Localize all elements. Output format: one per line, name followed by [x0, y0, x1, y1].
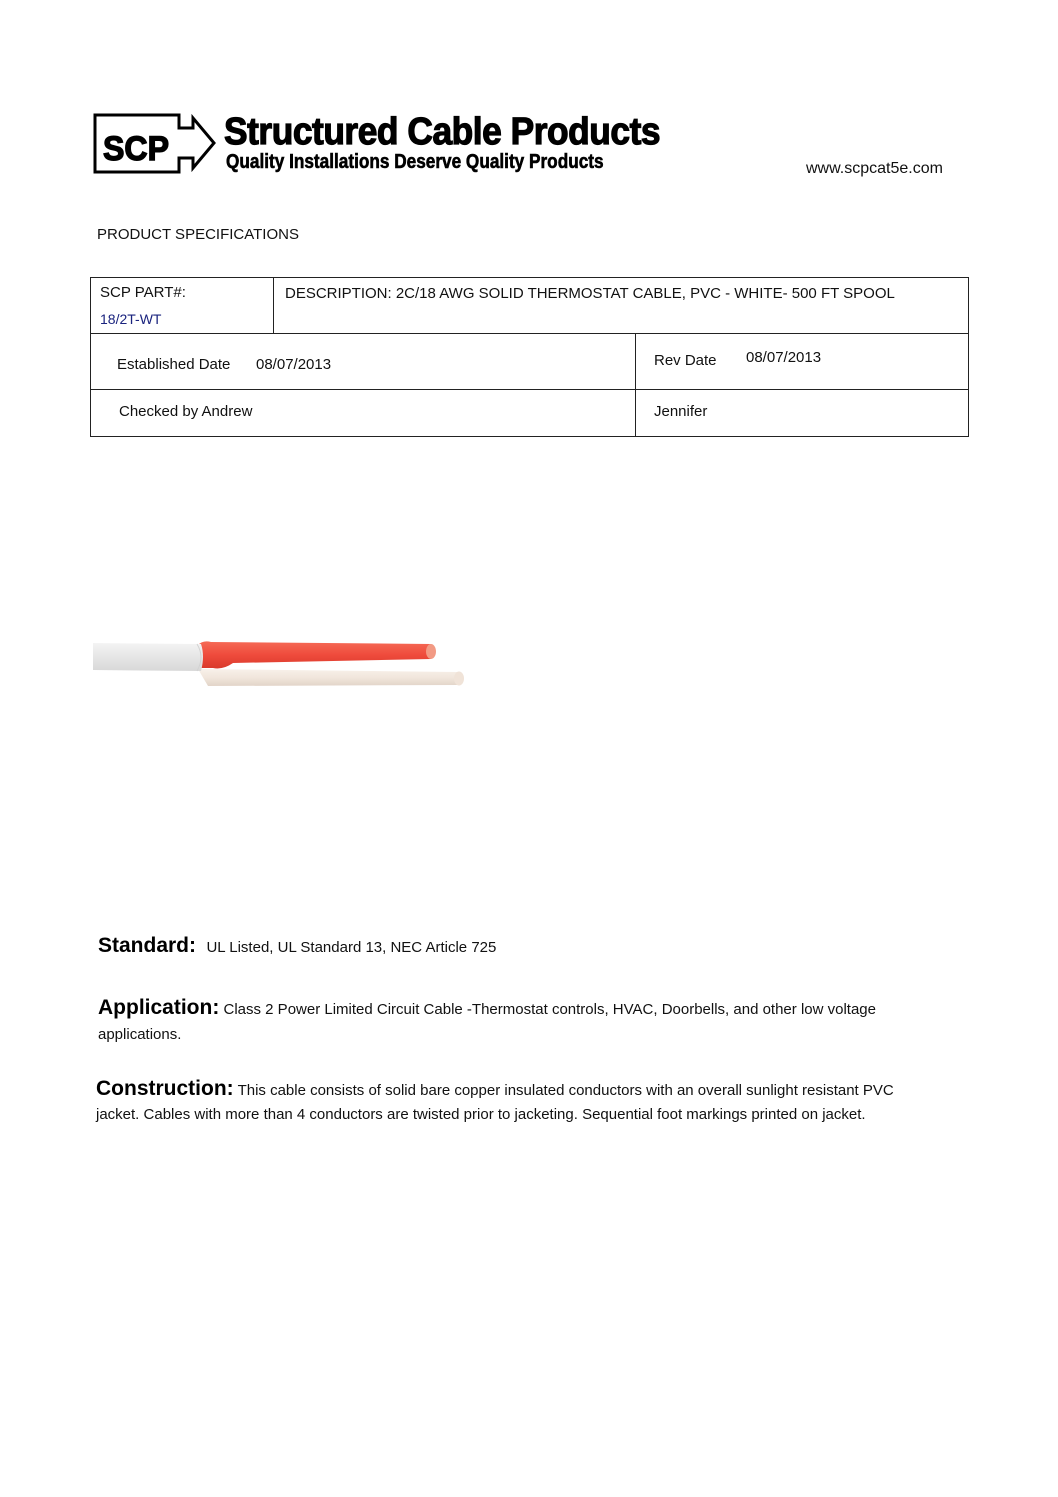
- table-row-part: SCP PART#: 18/2T-WT DESCRIPTION: 2C/18 A…: [91, 278, 968, 334]
- checked-by: Checked by Andrew: [119, 403, 252, 420]
- standard-heading: Standard:: [98, 934, 196, 957]
- website-link[interactable]: www.scpcat5e.com: [806, 160, 943, 178]
- svg-text:SCP: SCP: [103, 130, 169, 168]
- section-title: PRODUCT SPECIFICATIONS: [97, 226, 299, 243]
- divider: [273, 278, 274, 333]
- company-logo: SCP Structured Cable Products Quality In…: [93, 112, 673, 178]
- standard-body: UL Listed, UL Standard 13, NEC Article 7…: [206, 939, 496, 956]
- cable-product-image: [93, 590, 553, 740]
- construction-heading: Construction:: [96, 1077, 234, 1100]
- brand-name: Structured Cable Products: [224, 110, 660, 154]
- description: DESCRIPTION: 2C/18 AWG SOLID THERMOSTAT …: [285, 285, 895, 302]
- part-number: 18/2T-WT: [100, 311, 161, 327]
- divider: [635, 390, 636, 436]
- application-heading: Application:: [98, 996, 219, 1019]
- divider: [635, 334, 636, 389]
- approver: Jennifer: [654, 403, 707, 420]
- spec-standard: Standard: UL Listed, UL Standard 13, NEC…: [98, 934, 918, 960]
- established-date-label: Established Date: [117, 356, 230, 373]
- brand-tagline: Quality Installations Deserve Quality Pr…: [226, 150, 604, 174]
- spec-table: SCP PART#: 18/2T-WT DESCRIPTION: 2C/18 A…: [90, 277, 969, 437]
- table-row-dates: Established Date 08/07/2013 Rev Date 08/…: [91, 334, 968, 390]
- table-row-signoff: Checked by Andrew Jennifer: [91, 390, 968, 436]
- rev-date-label: Rev Date: [654, 352, 717, 369]
- rev-date: 08/07/2013: [746, 349, 821, 366]
- spec-construction: Construction: This cable consists of sol…: [96, 1077, 916, 1127]
- spec-application: Application: Class 2 Power Limited Circu…: [98, 995, 888, 1047]
- established-date: 08/07/2013: [256, 356, 331, 373]
- part-label: SCP PART#:: [100, 284, 186, 301]
- scp-arrow-logo-icon: SCP: [93, 112, 218, 176]
